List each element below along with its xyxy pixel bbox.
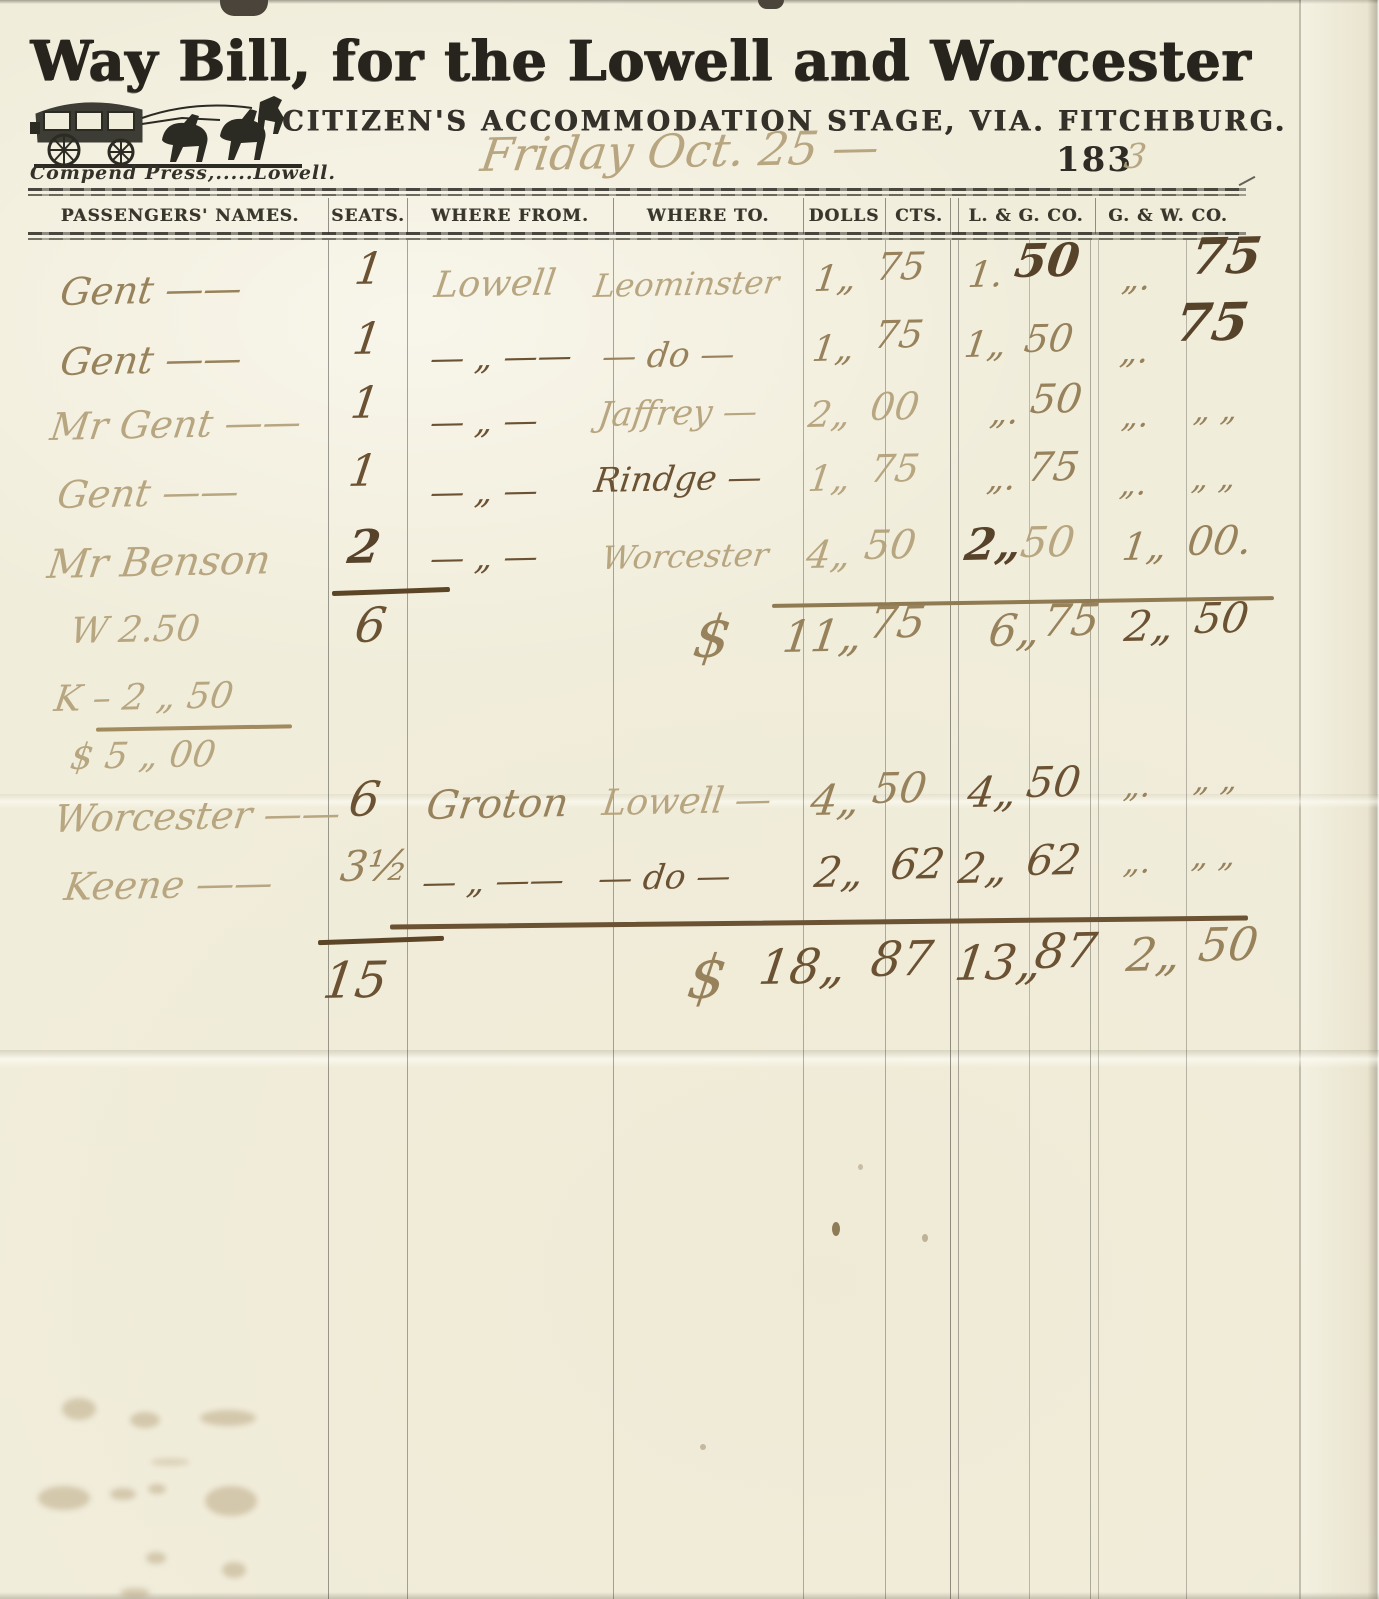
seats-total: 15	[320, 955, 391, 1006]
column-divider	[958, 198, 959, 234]
cell-lg-cts: 50	[1024, 761, 1083, 804]
cell-where-from: — „ ——	[420, 863, 566, 900]
cell-dolls: 4„	[808, 779, 862, 822]
cell-where-from: Groton	[424, 783, 571, 826]
margin-note: W 2.50	[68, 611, 202, 650]
cell-passenger-name: Worcester ——	[52, 794, 343, 838]
cell-passenger-name: Gent ——	[55, 472, 241, 514]
cell-gw-dolls: „.	[1118, 467, 1149, 500]
cell-dolls: 1„	[812, 261, 859, 298]
column-divider	[803, 198, 804, 234]
cell-lg-dolls: 1.	[966, 257, 1005, 294]
ink-speck	[922, 1234, 928, 1242]
column-divider	[885, 198, 886, 234]
cell-cts: 75	[874, 247, 928, 286]
column-divider	[1095, 198, 1096, 234]
column-divider	[328, 198, 329, 234]
cell-where-to: Jaffrey —	[596, 395, 760, 432]
handwritten-date: Friday Oct. 25 —	[478, 124, 882, 178]
ink-speck	[832, 1222, 840, 1236]
cell-cts: 75	[872, 315, 926, 354]
column-divider	[407, 198, 408, 234]
cell-gw-dolls: „.	[1118, 334, 1151, 369]
cell-lg-dolls: 2„	[956, 847, 1010, 890]
total-cts: 87	[868, 935, 936, 984]
cell-lg-cts: 50	[1022, 319, 1076, 358]
ink-smudge	[120, 1588, 150, 1598]
rule	[28, 188, 1246, 191]
subtotal-dolls: 11„	[780, 614, 865, 660]
cell-dolls: 2„	[806, 397, 853, 434]
col-header-dolls: DOLLS	[806, 206, 882, 226]
col-header-gw-co: G. & W. CO.	[1100, 206, 1236, 226]
cell-gw-cts: 75	[1172, 296, 1252, 350]
ink-smudge	[150, 1458, 190, 1466]
cell-passenger-name: Gent ——	[58, 339, 244, 381]
cell-cts: 00	[868, 387, 922, 426]
column-divider	[950, 198, 951, 234]
margin-note: $ 5 „ 00	[68, 737, 218, 776]
cell-lg-dolls: 1„	[962, 327, 1009, 364]
ink-speck	[700, 1444, 706, 1450]
cell-gw-dolls: „.	[1120, 261, 1153, 296]
col-header-where-from: WHERE FROM.	[410, 206, 610, 226]
ink-smudge	[222, 1562, 246, 1578]
cell-where-to: — do —	[600, 337, 737, 374]
cell-gw-cts: „ „	[1190, 839, 1238, 872]
cell-dolls: 4„	[804, 535, 853, 574]
cell-gw-dolls: 1„	[1120, 527, 1169, 566]
cell-where-to: — do —	[596, 859, 733, 896]
cell-lg-cts: 50	[1012, 237, 1083, 284]
cell-lg-cts: 75	[1025, 447, 1082, 488]
subtotal-gw-dolls: 2„	[1122, 605, 1176, 648]
cell-passenger-name: Mr Gent ——	[48, 403, 304, 446]
cell-gw-cts: „ „	[1192, 393, 1240, 426]
cell-seats: 3½	[338, 845, 411, 888]
column-rule	[328, 240, 329, 1599]
column-rule	[613, 240, 614, 1599]
cell-dolls: 1„	[806, 461, 853, 498]
hand-sum-line	[332, 587, 450, 596]
seats-subtotal: 6	[352, 601, 389, 650]
total-lg-dolls: 13„	[952, 938, 1045, 988]
cell-gw-cts: „ „	[1192, 763, 1240, 796]
col-header-cts: CTS.	[888, 206, 950, 226]
cell-dolls: 1„	[810, 331, 857, 368]
cell-cts: 50	[862, 525, 919, 566]
cell-where-to: Leominster	[592, 266, 781, 302]
cell-seats: 1	[346, 449, 380, 494]
cell-seats: 1	[350, 317, 384, 362]
cell-cts: 62	[888, 843, 947, 886]
rule-tick	[1239, 176, 1256, 186]
scan-top-edge	[0, 0, 1379, 4]
cell-lg-cts: 62	[1024, 839, 1083, 882]
cell-lg-dolls: 4„	[965, 771, 1019, 814]
cell-where-to: Rindge —	[592, 461, 764, 498]
subtotal-lg-dolls: 6„	[986, 609, 1043, 654]
subtotal-dollar-sign: $	[690, 607, 735, 666]
cell-gw-cts: 75	[1188, 231, 1265, 282]
margin-note: K – 2 „ 50	[52, 678, 236, 718]
ink-smudge	[110, 1488, 136, 1500]
cell-passenger-name: Gent ——	[58, 269, 244, 311]
col-header-passengers-names: PASSENGERS' NAMES.	[40, 206, 320, 226]
total-lg-cts: 87	[1032, 927, 1100, 976]
fold-crease	[0, 1050, 1379, 1068]
ink-smudge	[205, 1486, 257, 1516]
ink-smudge	[130, 1412, 160, 1428]
cell-lg-cts: 50	[1018, 521, 1077, 564]
subtotal-cts: 75	[866, 601, 928, 646]
margin-underline	[96, 724, 292, 731]
ink-smudge	[62, 1398, 96, 1420]
cell-cts: 75	[868, 449, 922, 488]
cell-gw-cts: 00.	[1185, 521, 1254, 562]
hand-sum-line	[318, 936, 444, 945]
hand-rule-total	[390, 916, 1248, 930]
cell-where-from: Lowell	[432, 265, 558, 304]
cell-seats: 1	[348, 381, 382, 426]
col-header-lg-co: L. & G. CO.	[962, 206, 1090, 226]
total-dollar-sign: $	[684, 947, 731, 1008]
cell-where-to: Worcester	[600, 539, 771, 574]
cell-gw-cts: „ „	[1190, 461, 1238, 494]
cell-where-from: — „ —	[428, 540, 540, 576]
ink-speck	[858, 1164, 863, 1170]
ink-smudge	[148, 1484, 166, 1494]
cell-where-to: Lowell —	[600, 782, 774, 822]
cell-passenger-name: Mr Benson	[45, 540, 273, 585]
cell-where-from: — „ —	[428, 404, 540, 440]
cell-lg-dolls: 2„	[962, 523, 1024, 568]
cell-gw-dolls: „.	[1122, 769, 1153, 802]
ink-blotch	[758, 0, 784, 9]
total-dolls: 18„	[756, 942, 849, 992]
cell-gw-dolls: „.	[1122, 845, 1153, 878]
subtotal-lg-cts: 75	[1040, 599, 1102, 644]
cell-passenger-name: Keene ——	[62, 864, 275, 906]
column-rule	[407, 240, 408, 1599]
cell-lg-dolls: „.	[985, 461, 1018, 496]
col-header-seats: SEATS.	[330, 206, 406, 226]
cell-lg-cts: 50	[1028, 379, 1085, 420]
ink-smudge	[200, 1410, 256, 1426]
ink-blotch	[220, 0, 268, 16]
cell-where-from: — „ —	[428, 474, 540, 510]
cell-seats: 2	[345, 523, 383, 570]
total-gw-cts: 50	[1196, 921, 1261, 968]
subtotal-gw-cts: 50	[1192, 597, 1251, 640]
waybill-document: Way Bill, for the Lowell and Worcester C…	[0, 0, 1379, 1599]
col-header-where-to: WHERE TO.	[616, 206, 800, 226]
total-gw-dolls: 2„	[1124, 931, 1184, 978]
column-divider	[613, 198, 614, 234]
ink-smudge	[146, 1552, 166, 1564]
cell-seats: 1	[352, 247, 386, 292]
rule	[28, 194, 1246, 196]
cell-gw-dolls: „.	[1120, 399, 1151, 432]
cell-where-from: — „ ——	[428, 339, 574, 376]
cell-cts: 50	[870, 767, 929, 810]
cell-seats: 6	[346, 775, 383, 824]
printer-imprint: Compend Press,.....Lowell.	[30, 162, 336, 184]
cell-dolls: 2„	[812, 851, 866, 894]
ink-smudge	[38, 1486, 90, 1510]
scan-bottom-edge	[0, 1592, 1379, 1599]
cell-lg-dolls: „.	[988, 395, 1021, 430]
handwritten-year-digit: 3	[1122, 140, 1148, 174]
